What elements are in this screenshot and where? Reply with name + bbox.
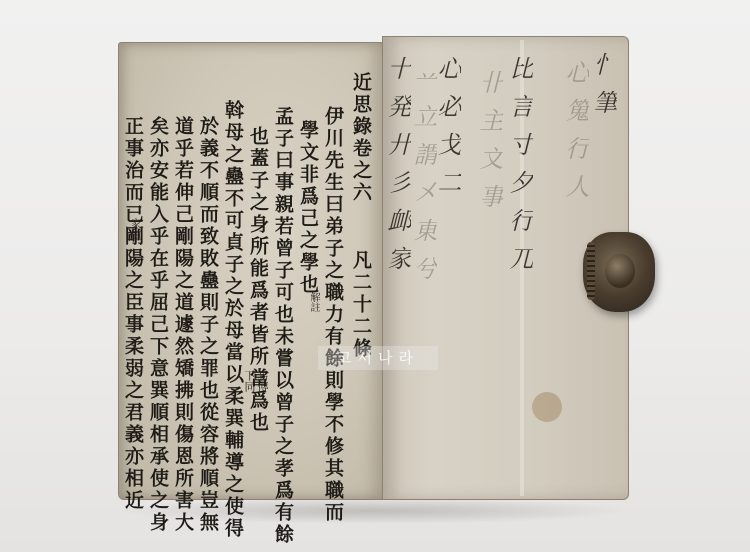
- cursive-column-4: 卝主文事: [478, 70, 500, 222]
- open-book: 近思錄卷之六 凡二十二條 伊川先生曰弟子之職力有餘則學不修其職而 學文非爲己之學…: [0, 0, 750, 552]
- watermark: 고서나라: [318, 346, 438, 370]
- text-column-5: 斡母之蠱不可貞子之於母當以柔巽輔導之使得: [222, 100, 244, 540]
- cursive-column-3: 比言寸夕行兀: [508, 56, 530, 284]
- cursive-column-2: 心䈭行人: [564, 60, 586, 212]
- text-column-7: 道乎若伸己剛陽之道遽然矯拂則傷恩所害大: [172, 116, 194, 534]
- brass-weight: [583, 232, 655, 312]
- cursive-column-1: 忄筆: [592, 52, 614, 128]
- cursive-column-5: 心必戈二: [436, 56, 458, 208]
- cursive-column-7: 十発廾彡䘏家: [386, 56, 408, 284]
- annotation-jiezhu: 解註: [302, 292, 324, 312]
- count-note: 凡二十二條: [350, 250, 372, 360]
- text-column-6: 於義不順而致敗蠱則子之罪也從容將順豈無: [197, 116, 219, 534]
- chapter-title: 近思錄卷之六: [350, 72, 372, 204]
- cursive-column-6: 䒑立謂㐅東兮: [412, 66, 434, 294]
- text-column-1: 伊川先生曰弟子之職力有餘則學不修其職而: [322, 106, 344, 524]
- weight-knob: [605, 254, 635, 288]
- text-column-8: 矣亦安能入乎在乎屈己下意巽順相承使之身: [147, 116, 169, 534]
- text-column-9: 正事治而已剛陽之臣事柔弱之君義亦相近: [122, 116, 144, 512]
- weight-rings: [587, 242, 595, 300]
- water-stain: [532, 392, 562, 422]
- text-column-3: 孟子曰事親若曾子可也未嘗以曾子之孝爲有餘: [272, 106, 294, 546]
- text-column-2: 學文非爲己之學也: [297, 120, 319, 296]
- margin-note-jiadao: 家道: [124, 218, 146, 240]
